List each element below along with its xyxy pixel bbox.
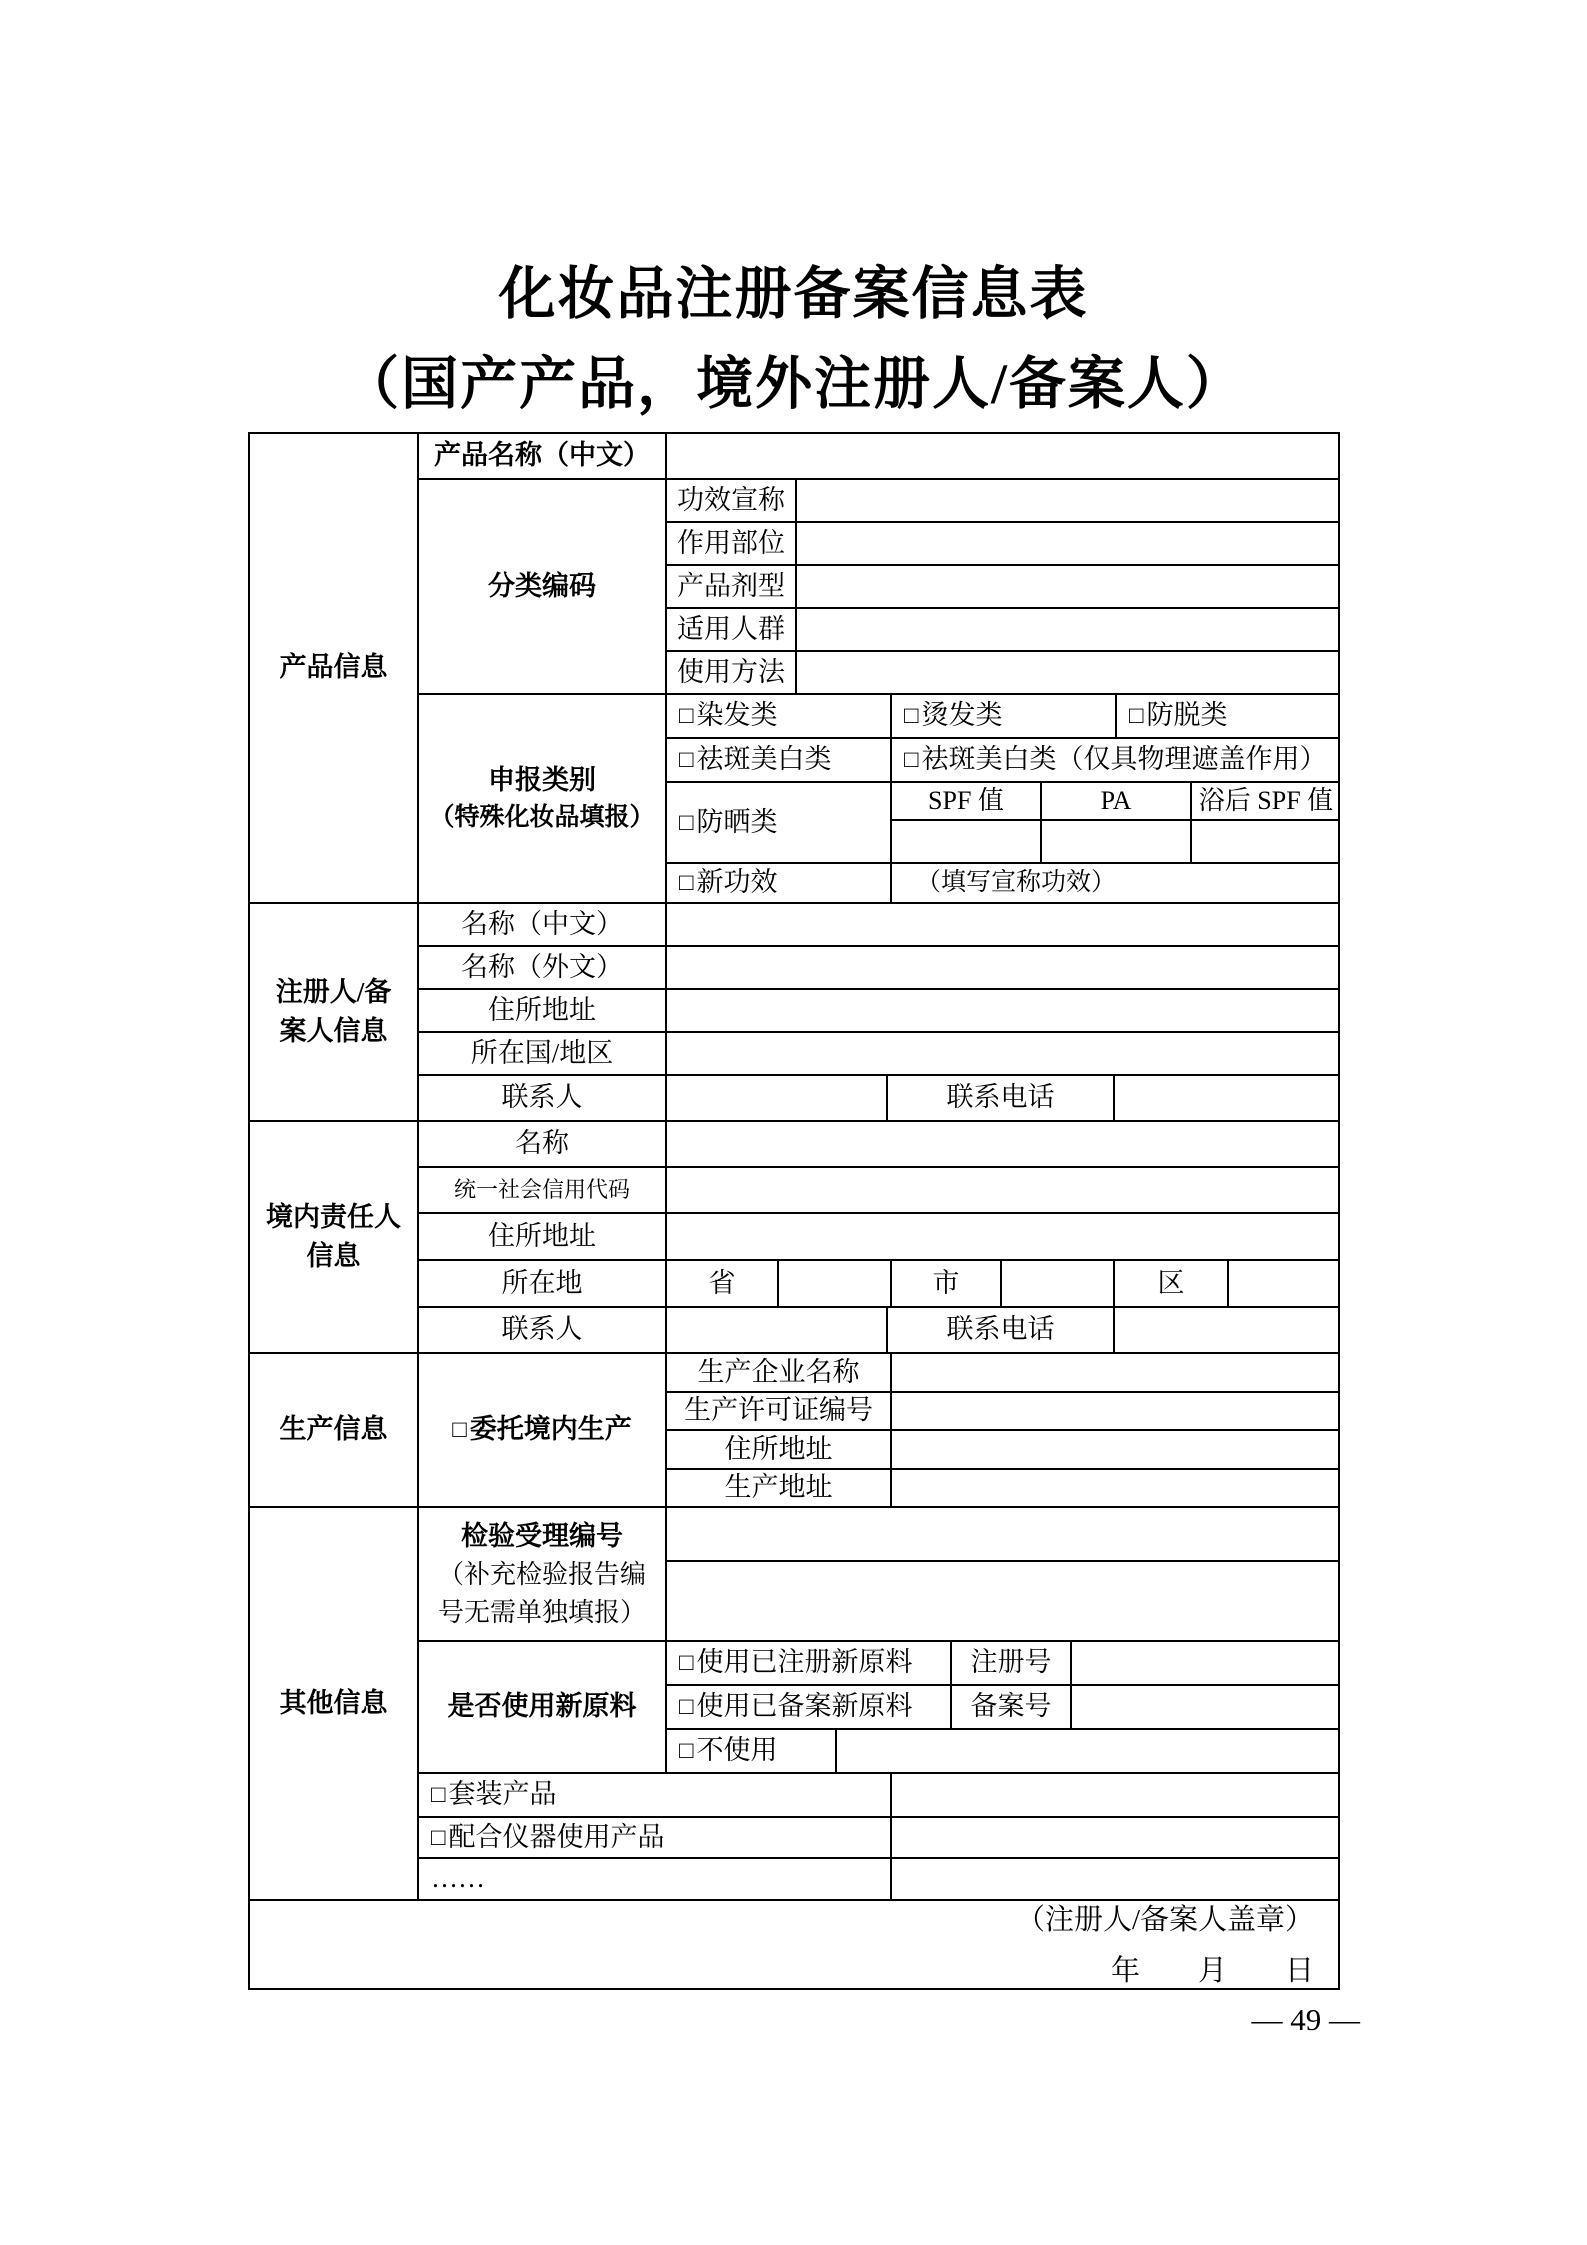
district-value [1227,1259,1340,1306]
device-product-value [890,1816,1340,1857]
production-license-label: 生产许可证编号 [665,1391,890,1429]
inspection-number-label: 检验受理编号 （补充检验报告编 号无需单独填报） [417,1506,665,1640]
checkbox-icon[interactable]: □ [904,748,919,772]
ellipsis-value [890,1857,1340,1899]
domestic-name-label: 名称 [417,1120,665,1166]
domestic-address-value [665,1212,1340,1259]
domestic-phone-label: 联系电话 [886,1306,1113,1352]
inspection-number-label-line2: （补充检验报告编 [438,1556,646,1594]
section-domestic-label-line2: 信息 [307,1237,361,1276]
declare-category-label-line1: 申报类别 [488,761,596,800]
province-value [777,1259,890,1306]
class-row-body-part-value [795,521,1340,564]
declare-anti-hair-loss-label: 防脱类 [1147,696,1228,735]
set-product-value [890,1772,1340,1816]
checkbox-icon[interactable]: □ [679,704,694,728]
section-registrant-label-line1: 注册人/备 [276,973,392,1012]
section-production-label: 生产信息 [248,1352,417,1506]
city-label: 市 [890,1259,1000,1306]
checkbox-icon[interactable]: □ [679,871,694,895]
product-name-label: 产品名称（中文） [417,432,665,478]
seal-label: （注册人/备案人盖章） [1016,1899,1314,1941]
registrant-name-foreign-label: 名称（外文） [417,945,665,988]
page-title: 化妆品注册备案信息表 [0,262,1587,328]
registrant-address-value [665,988,1340,1031]
declare-hair-perm-cell: □ 烫发类 [890,693,1115,737]
pa-value-cell [1040,819,1190,862]
set-product-cell: □ 套装产品 [417,1772,890,1816]
domestic-name-value [665,1120,1340,1166]
section-other-label: 其他信息 [248,1506,417,1899]
checkbox-icon[interactable]: □ [679,1695,694,1719]
declare-anti-hair-loss-cell: □ 防脱类 [1115,693,1340,737]
page-subtitle: （国产产品，境外注册人/备案人） [0,352,1587,418]
declare-spot-whitening-physical-cell: □ 祛斑美白类（仅具物理遮盖作用） [890,737,1340,781]
entrust-production-cell: □ 委托境内生产 [417,1352,665,1506]
declare-new-efficacy-label: 新功效 [697,863,778,902]
registrant-name-cn-label: 名称（中文） [417,902,665,945]
registrant-contact-label: 联系人 [417,1074,665,1120]
ellipsis-cell: …… [417,1857,890,1899]
declare-sunscreen-cell: □ 防晒类 [665,781,890,862]
checkbox-icon[interactable]: □ [679,1651,694,1675]
checkbox-icon[interactable]: □ [431,1826,446,1850]
domestic-contact-value [665,1306,886,1352]
entrust-production-label: 委托境内生产 [470,1410,632,1449]
inspection-number-label-line1: 检验受理编号 [461,1517,623,1556]
bath-spf-header: 浴后 SPF 值 [1190,781,1340,819]
inspection-number-label-line3: 号无需单独填报） [438,1594,646,1632]
registrant-phone-label: 联系电话 [886,1074,1113,1120]
section-registrant-label: 注册人/备 案人信息 [248,902,417,1120]
production-site-label: 生产地址 [665,1468,890,1506]
registrant-country-value [665,1031,1340,1074]
section-domestic-label: 境内责任人 信息 [248,1120,417,1352]
registration-number-value [1070,1640,1340,1684]
registrant-phone-value [1113,1074,1340,1120]
declare-spot-whitening-label: 祛斑美白类 [697,740,832,779]
registrant-country-label: 所在国/地区 [417,1031,665,1074]
declare-spot-whitening-cell: □ 祛斑美白类 [665,737,890,781]
spf-value-cell [890,819,1040,862]
city-value [1000,1259,1113,1306]
production-company-value [890,1352,1340,1391]
declare-hair-dye-cell: □ 染发类 [665,693,890,737]
class-row-target-group-label: 适用人群 [665,607,795,650]
bath-spf-value-cell [1190,819,1340,862]
registrant-address-label: 住所地址 [417,988,665,1031]
declare-spot-whitening-physical-label: 祛斑美白类（仅具物理遮盖作用） [922,740,1327,779]
checkbox-icon[interactable]: □ [904,704,919,728]
section-product-label: 产品信息 [248,432,417,902]
class-row-usage-label: 使用方法 [665,650,795,693]
device-product-cell: □ 配合仪器使用产品 [417,1816,890,1857]
declare-hair-perm-label: 烫发类 [922,696,1003,735]
not-used-cell: □ 不使用 [665,1728,835,1772]
domestic-credit-code-label: 统一社会信用代码 [417,1166,665,1212]
class-row-efficacy-label: 功效宣称 [665,478,795,521]
section-registrant-label-line2: 案人信息 [280,1012,388,1051]
province-label: 省 [665,1259,777,1306]
class-row-body-part-label: 作用部位 [665,521,795,564]
declare-sunscreen-label: 防晒类 [697,803,778,842]
domestic-phone-value [1113,1306,1340,1352]
declare-category-label: 申报类别 （特殊化妆品填报） [417,693,665,902]
registration-number-label: 注册号 [950,1640,1070,1684]
pa-header: PA [1040,781,1190,819]
filing-number-label: 备案号 [950,1684,1070,1728]
filed-new-material-label: 使用已备案新原料 [697,1687,913,1726]
declare-category-label-line2: （特殊化妆品填报） [429,800,654,836]
page-number: — 49 — [1160,2002,1360,2038]
device-product-label: 配合仪器使用产品 [449,1818,665,1857]
set-product-label: 套装产品 [449,1775,557,1814]
checkbox-icon[interactable]: □ [431,1783,446,1807]
product-name-value [665,432,1340,478]
class-code-label: 分类编码 [417,478,665,693]
registered-new-material-label: 使用已注册新原料 [697,1643,913,1682]
domestic-contact-label: 联系人 [417,1306,665,1352]
production-address-label: 住所地址 [665,1429,890,1468]
not-used-value [835,1728,1340,1772]
district-label: 区 [1113,1259,1227,1306]
filed-new-material-cell: □ 使用已备案新原料 [665,1684,950,1728]
checkbox-icon[interactable]: □ [679,1739,694,1763]
class-row-formulation-label: 产品剂型 [665,564,795,607]
filing-number-value [1070,1684,1340,1728]
new-efficacy-note: （填写宣称功效） [890,862,1340,902]
domestic-credit-code-value [665,1166,1340,1212]
form-page: 化妆品注册备案信息表 （国产产品，境外注册人/备案人） 产品信息 注册人/备 案… [0,0,1587,2245]
spf-value-header: SPF 值 [890,781,1040,819]
domestic-address-label: 住所地址 [417,1212,665,1259]
declare-new-efficacy-cell: □ 新功效 [665,862,890,902]
checkbox-icon[interactable]: □ [679,748,694,772]
class-row-formulation-value [795,564,1340,607]
production-site-value [890,1468,1340,1506]
production-address-value [890,1429,1340,1468]
inspection-number-value-1 [665,1506,1340,1560]
registrant-name-foreign-value [665,945,1340,988]
class-row-efficacy-value [795,478,1340,521]
signature-block: （注册人/备案人盖章） 年 月 日 [248,1899,1340,1990]
date-label: 年 月 日 [1111,1950,1314,1992]
section-domestic-label-line1: 境内责任人 [266,1198,401,1237]
domestic-location-label: 所在地 [417,1259,665,1306]
checkbox-icon[interactable]: □ [1129,704,1144,728]
checkbox-icon[interactable]: □ [452,1418,467,1442]
production-license-value [890,1391,1340,1429]
registrant-name-cn-value [665,902,1340,945]
class-row-target-group-value [795,607,1340,650]
inspection-number-value-2 [665,1560,1340,1640]
class-row-usage-value [795,650,1340,693]
not-used-label: 不使用 [697,1731,778,1770]
registered-new-material-cell: □ 使用已注册新原料 [665,1640,950,1684]
registrant-contact-value [665,1074,886,1120]
new-material-label: 是否使用新原料 [417,1640,665,1772]
declare-hair-dye-label: 染发类 [697,696,778,735]
production-company-label: 生产企业名称 [665,1352,890,1391]
checkbox-icon[interactable]: □ [679,811,694,835]
